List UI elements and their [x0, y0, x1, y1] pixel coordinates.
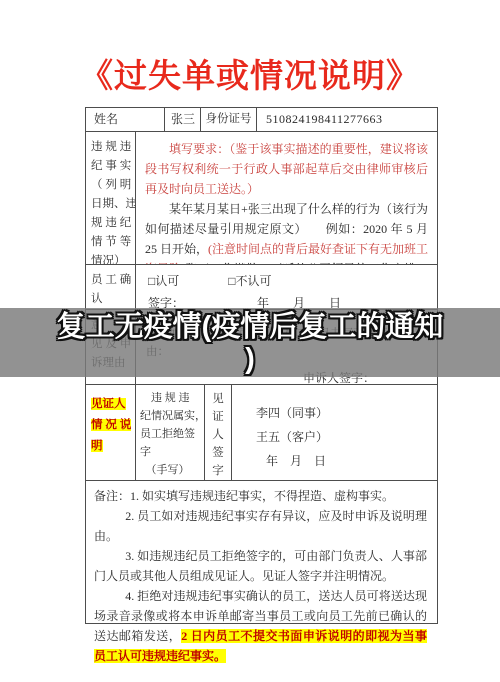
row-violation-facts: 违 规 违 纪 事 实 （ 列 明 日期、违 规 违 纪 情 节 等 情况） 填… — [86, 132, 437, 265]
violation-body-2: 张三工作懒散，不听从公司领导的工作安排，每天打卡后就一直坐着，未对公司提供劳动。 — [145, 262, 428, 264]
watermark-line-2: ) — [245, 343, 255, 375]
remark-item-4: 4. 拒绝对违规违纪事实确认的员工，送达人员可将送达现场录音录像或将本申诉单邮寄… — [94, 586, 427, 666]
witness-statement-label-text: 见证人 情 况 说 明 — [91, 398, 131, 452]
witness-signature-column: 见 证 人 签 字 — [205, 385, 232, 480]
row-witness-statement: 见证人 情 况 说 明 违 规 违 纪情况属实， 员工拒绝签 字 （手写） 见 … — [86, 385, 437, 481]
signature-line: 签字： 年 月 日 — [148, 293, 437, 309]
witness-1: 李四（同事） — [256, 401, 437, 425]
row-remarks: 备注：1. 如实填写违规违纪事实，不得捏造、虚构事实。 2. 员工如对违规违纪事… — [86, 481, 437, 623]
violation-facts-content: 填写要求：（鉴于该事实描述的重要性，建议将该段书写权利统一于行政人事部起草后交由… — [136, 132, 437, 264]
page-title: 《过失单或情况说明》 — [0, 50, 500, 97]
witness-date: 年 月 日 — [256, 449, 437, 473]
witness-statement-label: 见证人 情 况 说 明 — [86, 385, 136, 480]
witness-signatures: 李四（同事） 王五（客户） 年 月 日 — [232, 385, 437, 480]
watermark-line-1: 复工无疫情(疫情后复工的通知 — [57, 311, 444, 343]
remark-item-2: 2. 员工如对违规违纪事实存有异议，应及时申诉及说明理由。 — [94, 506, 427, 546]
name-label: 姓名 — [86, 108, 165, 131]
violation-description: 某年某月某日+张三出现了什么样的行为（该行为如何描述尽量引用规定原文） 例如：2… — [145, 199, 428, 264]
disapprove-checkbox[interactable]: □不认可 — [228, 271, 271, 291]
remarks-content: 备注：1. 如实填写违规违纪事实，不得捏造、虚构事实。 2. 员工如对违规违纪事… — [86, 481, 437, 666]
confirmation-options: □认可 □不认可 — [148, 271, 437, 291]
remark-item-1: 备注：1. 如实填写违规违纪事实，不得捏造、虚构事实。 — [94, 486, 427, 506]
employee-confirmation-content: □认可 □不认可 签字： 年 月 日 — [136, 265, 437, 309]
approve-checkbox[interactable]: □认可 — [148, 271, 179, 291]
document-page: 《过失单或情况说明》 姓名 张三 身份证号 510824198411277663… — [0, 0, 500, 682]
name-value: 张三 — [165, 108, 201, 131]
id-number-label: 身份证号 — [201, 108, 257, 131]
id-number-value: 510824198411277663 — [257, 108, 437, 131]
watermark-overlay: 复工无疫情(疫情后复工的通知 ) — [0, 308, 500, 377]
employee-confirmation-label: 员 工 确 认 — [86, 265, 136, 309]
witness-2: 王五（客户） — [256, 425, 437, 449]
fill-requirement-text: 填写要求：（鉴于该事实描述的重要性，建议将该段书写权利统一于行政人事部起草后交由… — [145, 142, 428, 196]
violation-facts-label: 违 规 违 纪 事 实 （ 列 明 日期、违 规 违 纪 情 节 等 情况） — [86, 132, 136, 264]
witness-statement-text: 违 规 违 纪情况属实， 员工拒绝签 字 （手写） — [136, 385, 205, 480]
row-employee-confirmation: 员 工 确 认 □认可 □不认可 签字： 年 月 日 — [86, 265, 437, 310]
remark-item-3: 3. 如违规违纪员工拒绝签字的，可由部门负责人、人事部门人员或其他人员组成见证人… — [94, 546, 427, 586]
fill-requirement-note: 填写要求：（鉴于该事实描述的重要性，建议将该段书写权利统一于行政人事部起草后交由… — [145, 139, 428, 199]
row-identity: 姓名 张三 身份证号 510824198411277663 — [86, 108, 437, 132]
